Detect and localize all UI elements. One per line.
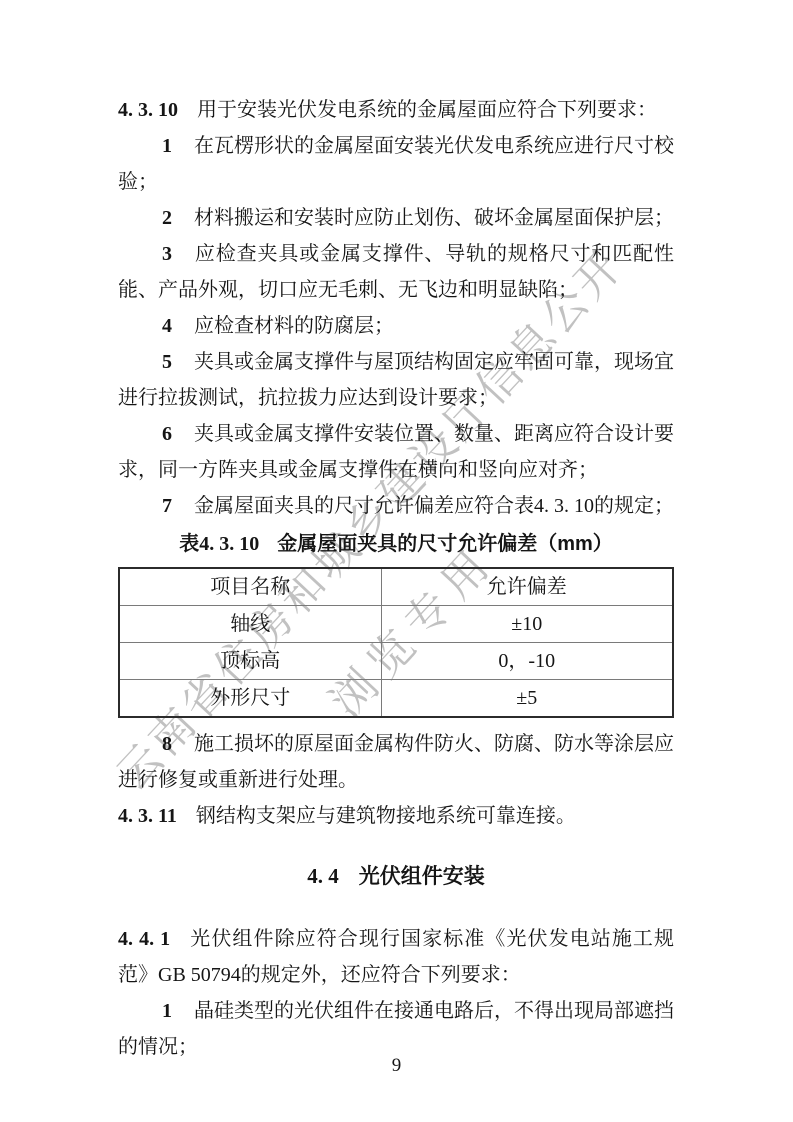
clause-text: 钢结构支架应与建筑物接地系统可靠连接。 [196,805,576,827]
document-body: 4. 3. 10用于安装光伏发电系统的金属屋面应符合下列要求： 1在瓦楞形状的金… [118,92,674,1065]
item-number: 7 [162,495,172,517]
table-header-cell: 允许偏差 [381,568,673,606]
table-cell: 轴线 [119,606,381,643]
item-text: 应检查材料的防腐层； [194,315,394,337]
item-text: 金属屋面夹具的尺寸允许偏差应符合表4. 3. 10的规定； [194,495,674,517]
clause-text: 光伏组件除应符合现行国家标准《光伏发电站施工规范》GB 50794的规定外，还应… [118,928,674,986]
item-number: 6 [162,423,172,445]
item-text: 应检查夹具或金属支撑件、导轨的规格尺寸和匹配性能、产品外观，切口应无毛刺、无飞边… [118,243,674,301]
table-row: 外形尺寸 ±5 [119,680,673,718]
item-number: 4 [162,315,172,337]
item-number: 2 [162,207,172,229]
list-item-7: 7金属屋面夹具的尺寸允许偏差应符合表4. 3. 10的规定； [118,488,674,524]
list-item-1: 1在瓦楞形状的金属屋面安装光伏发电系统应进行尺寸校验； [118,128,674,200]
section-number: 4. 4 [307,864,339,888]
page-number: 9 [0,1054,793,1078]
table-row: 顶标高 0，-10 [119,643,673,680]
clause-4-3-11: 4. 3. 11钢结构支架应与建筑物接地系统可靠连接。 [118,798,674,834]
table-caption: 表4. 3. 10金属屋面夹具的尺寸允许偏差（mm） [118,526,674,562]
section-heading-4-4: 4. 4光伏组件安装 [118,858,674,895]
item-text: 在瓦楞形状的金属屋面安装光伏发电系统应进行尺寸校验； [118,135,674,193]
item-number: 5 [162,351,172,373]
item-number: 8 [162,733,172,755]
list-item-3: 3应检查夹具或金属支撑件、导轨的规格尺寸和匹配性能、产品外观，切口应无毛刺、无飞… [118,236,674,308]
item-text: 施工损坏的原屋面金属构件防火、防腐、防水等涂层应进行修复或重新进行处理。 [118,733,674,791]
table-cell: ±10 [381,606,673,643]
table-cell: 外形尺寸 [119,680,381,718]
item-text: 夹具或金属支撑件安装位置、数量、距离应符合设计要求，同一方阵夹具或金属支撑件在横… [118,423,674,481]
table-header-cell: 项目名称 [119,568,381,606]
table-cell: ±5 [381,680,673,718]
item-number: 3 [162,243,172,265]
list-item-6: 6夹具或金属支撑件安装位置、数量、距离应符合设计要求，同一方阵夹具或金属支撑件在… [118,416,674,488]
section-title: 光伏组件安装 [359,865,485,888]
item-number: 1 [162,1000,172,1022]
table-caption-title: 金属屋面夹具的尺寸允许偏差（mm） [277,533,613,555]
clause-number: 4. 3. 10 [118,99,178,121]
table-cell: 顶标高 [119,643,381,680]
document-page: { "watermark": { "line1": "云南省住房和城乡建设厅信息… [0,0,793,1122]
list-item-4: 4应检查材料的防腐层； [118,308,674,344]
item-number: 1 [162,135,172,157]
list-item-2: 2材料搬运和安装时应防止划伤、破坏金属屋面保护层； [118,200,674,236]
list-item-5: 5夹具或金属支撑件与屋顶结构固定应牢固可靠，现场宜进行拉拔测试，抗拉拔力应达到设… [118,344,674,416]
table-row: 轴线 ±10 [119,606,673,643]
item-text: 晶硅类型的光伏组件在接通电路后，不得出现局部遮挡的情况； [118,1000,674,1058]
clause-number: 4. 3. 11 [118,805,177,827]
clause-4-3-10: 4. 3. 10用于安装光伏发电系统的金属屋面应符合下列要求： [118,92,674,128]
table-caption-number: 表4. 3. 10 [179,533,259,555]
clause-number: 4. 4. 1 [118,928,170,950]
item-text: 材料搬运和安装时应防止划伤、破坏金属屋面保护层； [194,207,674,229]
item-text: 夹具或金属支撑件与屋顶结构固定应牢固可靠，现场宜进行拉拔测试，抗拉拔力应达到设计… [118,351,674,409]
clause-4-4-1: 4. 4. 1光伏组件除应符合现行国家标准《光伏发电站施工规范》GB 50794… [118,921,674,993]
clause-text: 用于安装光伏发电系统的金属屋面应符合下列要求： [197,99,657,121]
tolerance-table: 项目名称 允许偏差 轴线 ±10 顶标高 0，-10 外形尺寸 ±5 [118,567,674,718]
table-cell: 0，-10 [381,643,673,680]
list-item-8: 8施工损坏的原屋面金属构件防火、防腐、防水等涂层应进行修复或重新进行处理。 [118,726,674,798]
table-header-row: 项目名称 允许偏差 [119,568,673,606]
